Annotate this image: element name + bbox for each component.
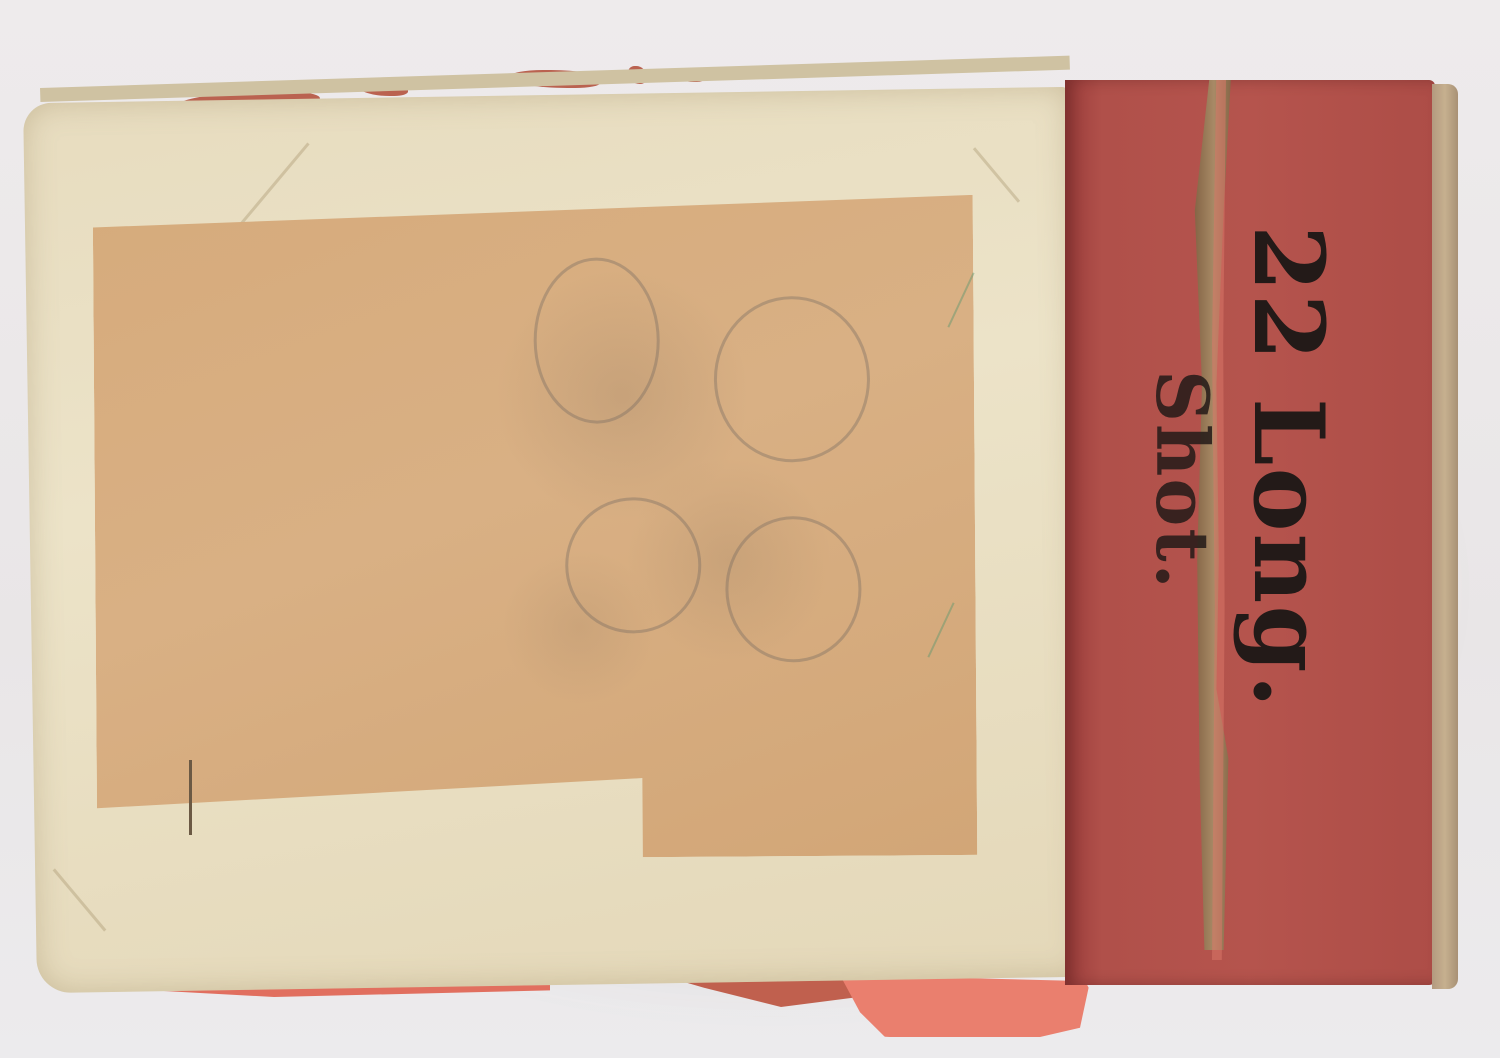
kraft-paper-label bbox=[93, 195, 978, 861]
pencil-mark bbox=[725, 516, 862, 663]
photo-scene: Shot. 22 Long. bbox=[0, 0, 1500, 1058]
label-texture bbox=[93, 195, 978, 861]
red-tab-light bbox=[840, 975, 1090, 1037]
box-end-edge bbox=[1432, 84, 1458, 989]
cut-slit bbox=[189, 760, 192, 835]
pencil-mark bbox=[565, 497, 702, 634]
pencil-mark bbox=[713, 296, 870, 463]
printed-secondary-text: Shot. bbox=[1140, 370, 1225, 591]
printed-caliber-text: 22 Long. bbox=[1232, 225, 1345, 710]
pencil-mark bbox=[533, 257, 660, 424]
